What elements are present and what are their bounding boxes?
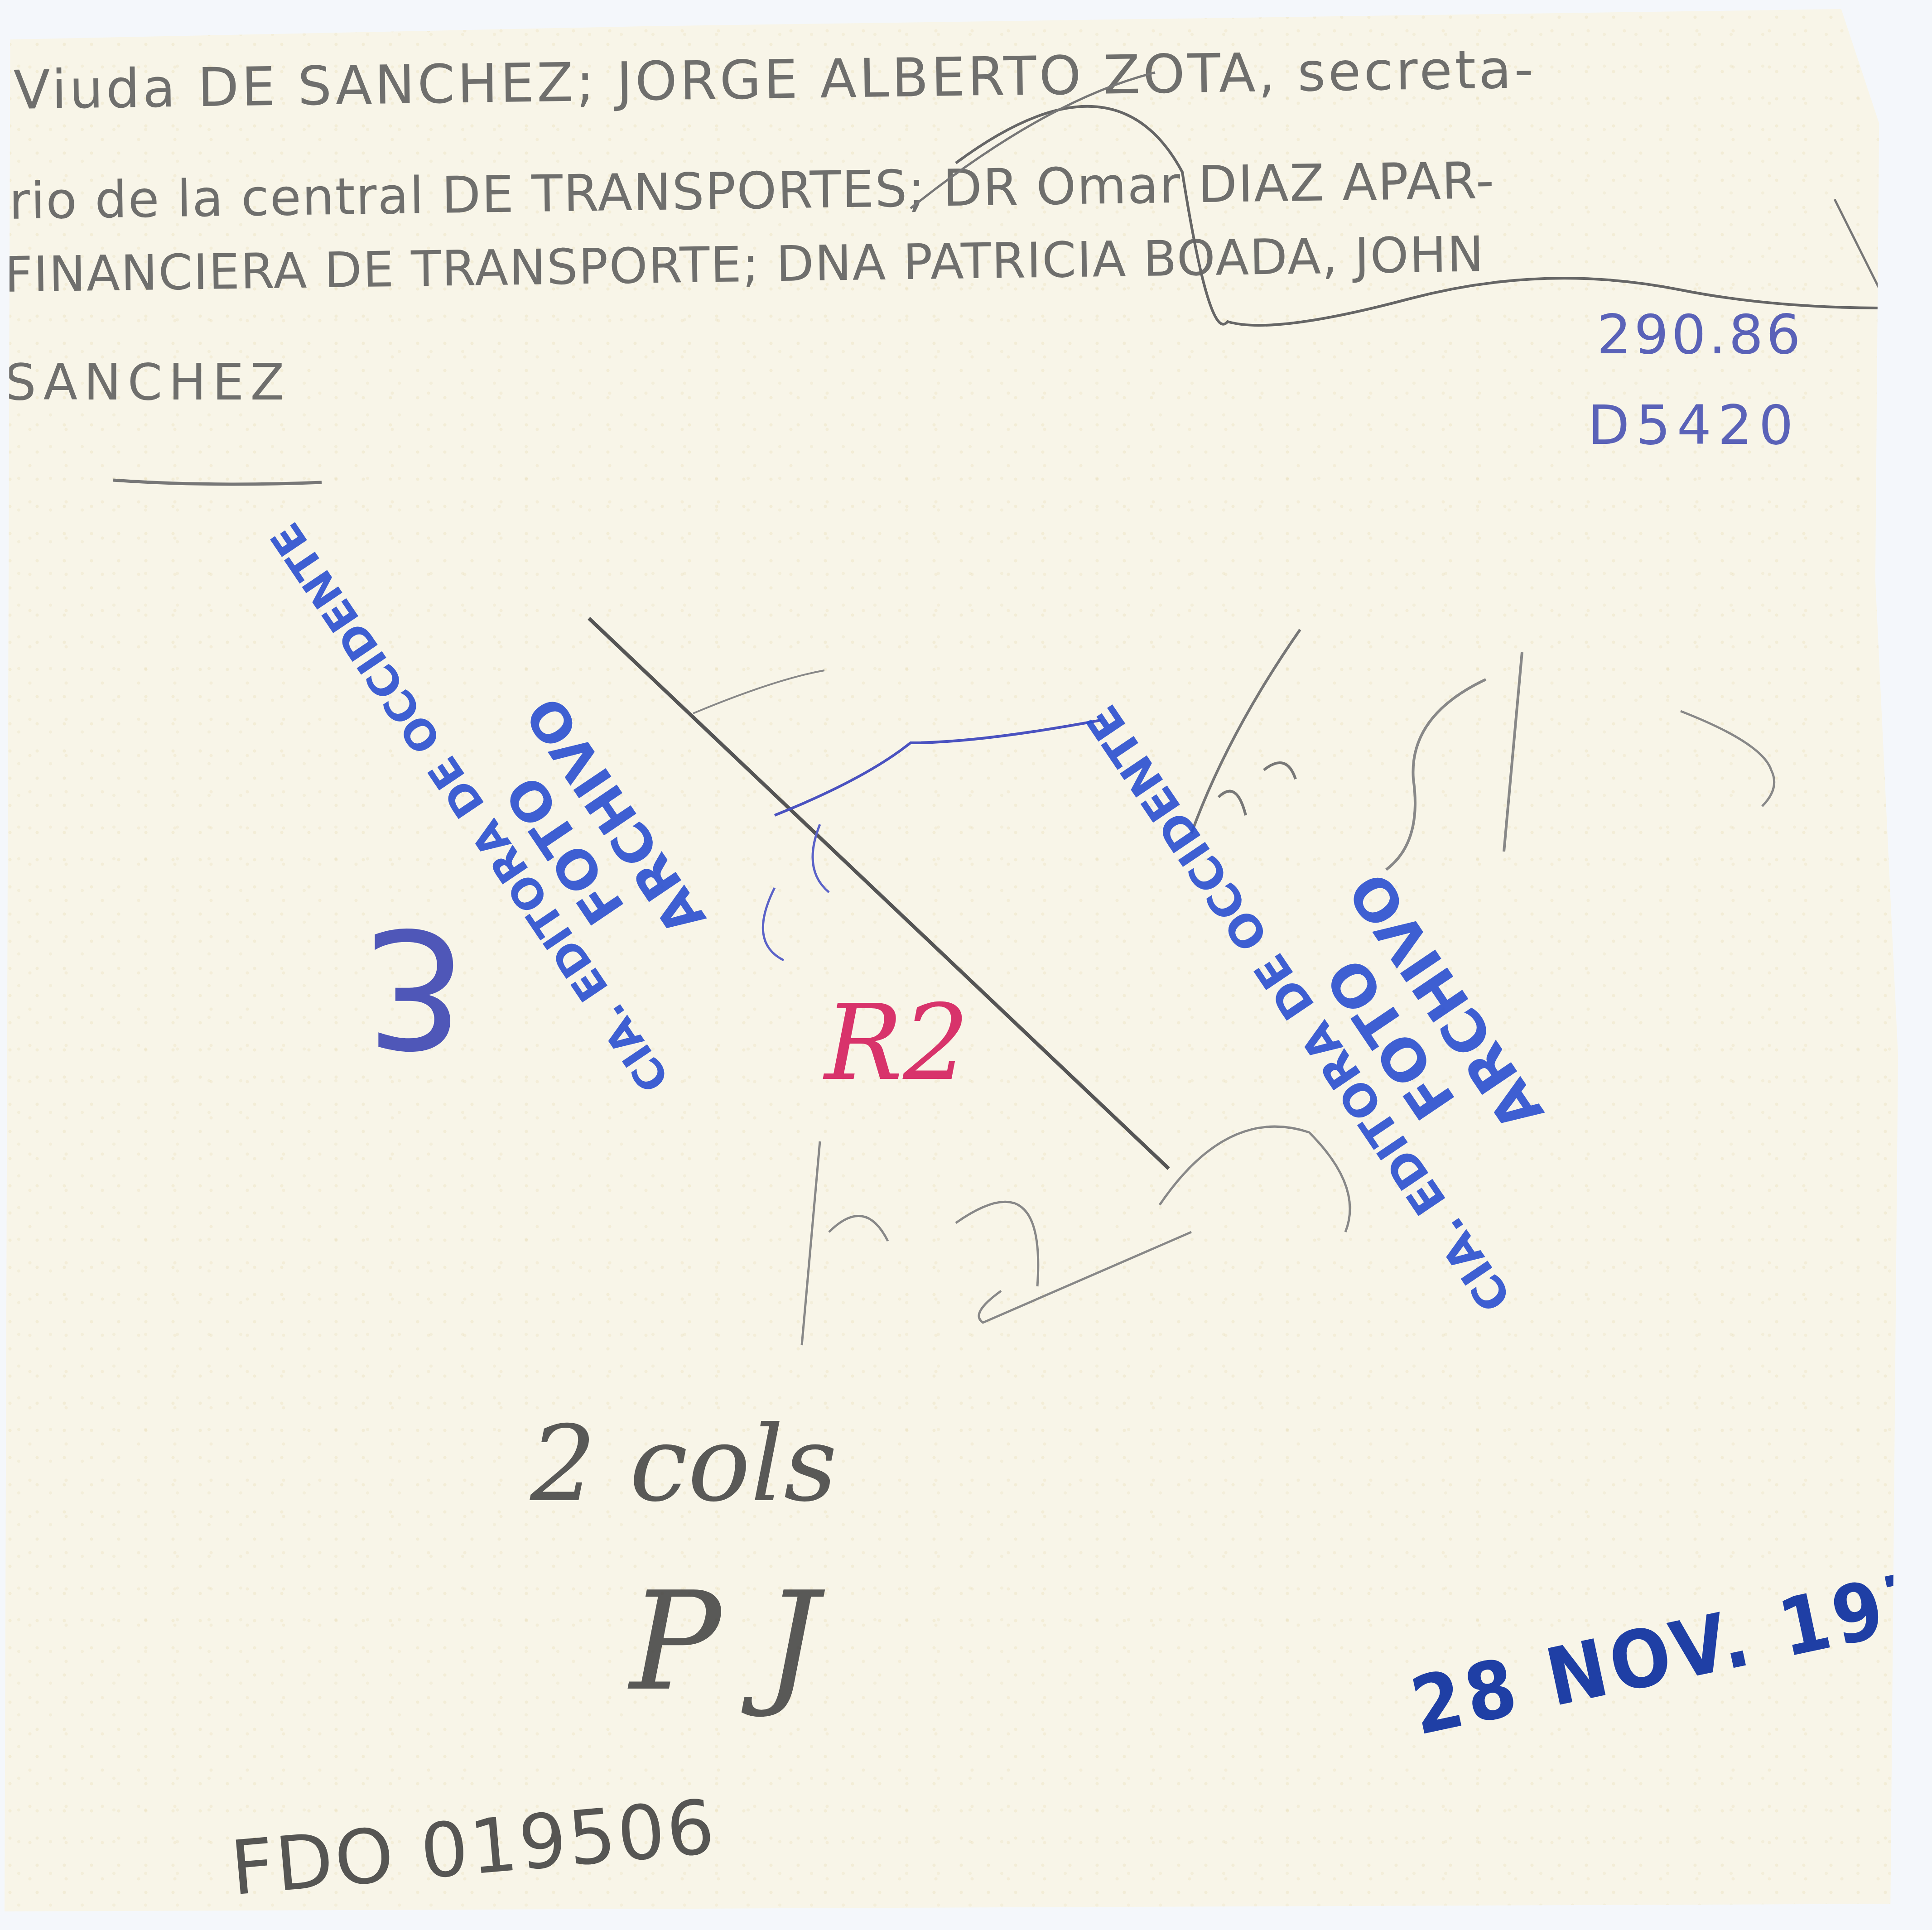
initials-note: P J <box>630 1563 819 1721</box>
handwritten-mark-3: 3 <box>362 892 466 1082</box>
columns-note: 2 cols <box>530 1404 837 1525</box>
photo-back-card: Viuda DE SANCHEZ; JORGE ALBERTO ZOTA, se… <box>5 9 1898 1911</box>
red-pencil-mark: R2 <box>824 983 969 1104</box>
